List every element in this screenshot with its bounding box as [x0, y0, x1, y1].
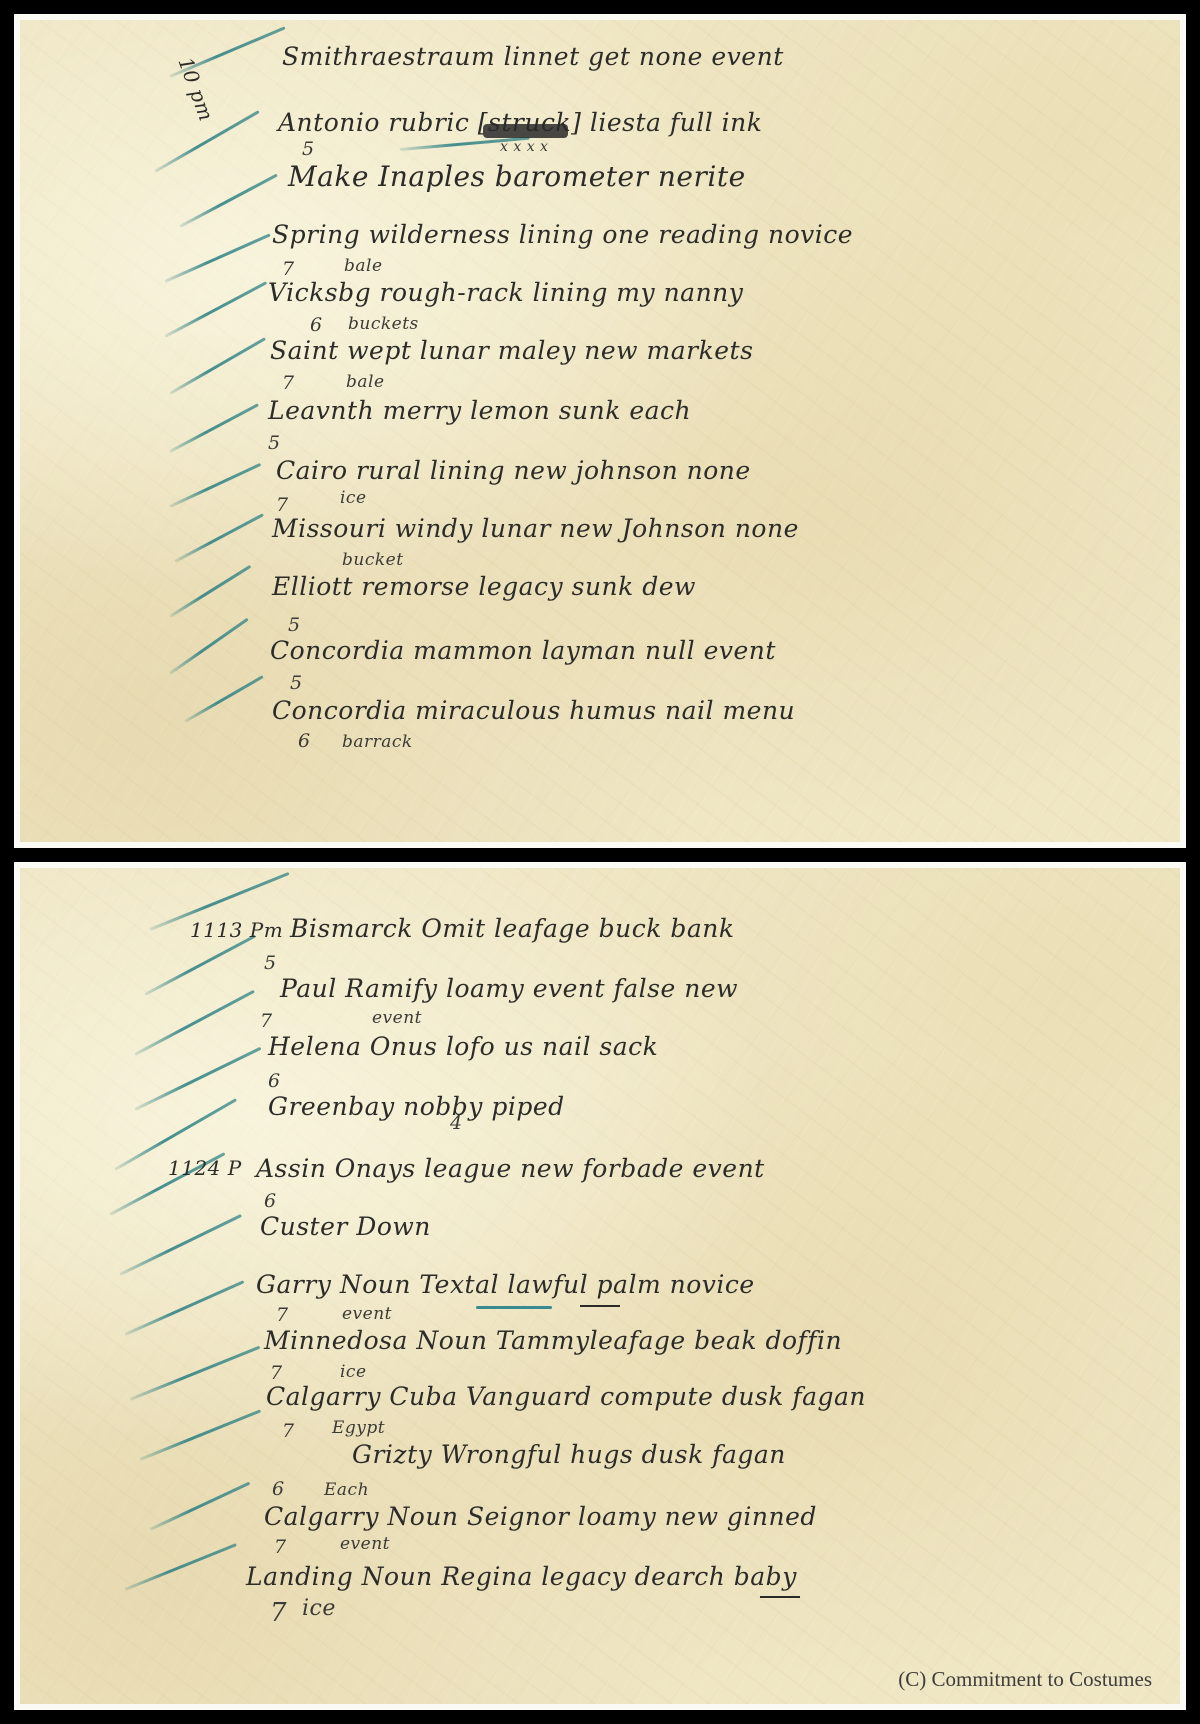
- line-number: 7: [260, 1010, 273, 1032]
- entry-line: Concordia mammon layman null event: [270, 636, 776, 665]
- line-number: 6: [298, 730, 311, 752]
- check-mark-icon: [179, 174, 278, 228]
- line-annotation: ice: [340, 488, 367, 508]
- check-mark-icon: [139, 1409, 261, 1460]
- underline-mark: [580, 1305, 620, 1307]
- check-mark-icon: [124, 1543, 236, 1591]
- check-mark-icon: [174, 513, 264, 563]
- time-note: 10 pm: [173, 54, 218, 124]
- line-annotation: buckets: [348, 314, 419, 334]
- underline-mark: [476, 1306, 552, 1309]
- time-note: 1113 Pm: [190, 918, 283, 942]
- check-mark-icon: [124, 1280, 244, 1336]
- entry-line: Greenbay nobby piped: [268, 1092, 565, 1121]
- line-annotation: bucket: [342, 550, 404, 570]
- entry-line: Calgarry Cuba Vanguard compute dusk faga…: [266, 1382, 866, 1411]
- check-mark-icon: [134, 1047, 261, 1111]
- check-mark-icon: [184, 675, 263, 723]
- time-note: 1124 P: [168, 1156, 242, 1180]
- check-mark-icon: [169, 463, 261, 508]
- line-number: 7: [282, 1420, 295, 1442]
- check-mark-icon: [169, 337, 266, 395]
- entry-line: Bismarck Omit leafage buck bank: [290, 914, 735, 943]
- check-mark-icon: [169, 618, 249, 675]
- line-number: 5: [302, 138, 315, 160]
- line-annotation: event: [372, 1008, 422, 1028]
- line-number: 4: [450, 1112, 463, 1134]
- line-number: 7: [270, 1362, 283, 1384]
- line-annotation: event: [342, 1304, 392, 1324]
- line-annotation: ice: [302, 1596, 336, 1621]
- check-mark-icon: [164, 281, 267, 338]
- entry-line: Calgarry Noun Seignor loamy new ginned: [264, 1502, 817, 1531]
- line-number: 6: [272, 1478, 285, 1500]
- line-number: 7: [276, 494, 289, 516]
- line-number: 7: [276, 1304, 289, 1326]
- line-number: 7: [282, 372, 295, 394]
- underline-mark: [760, 1596, 800, 1598]
- page-1-paper: 10 pm Smithraestraum linnet get none eve…: [20, 20, 1180, 842]
- line-number: 7: [282, 258, 295, 280]
- entry-line: Assin Onays league new forbade event: [256, 1154, 765, 1183]
- line-annotation: ice: [340, 1362, 367, 1382]
- entry-line: Minnedosa Noun Tammyleafage beak doffin: [264, 1326, 842, 1355]
- entry-line: Garry Noun Textal lawful palm novice: [256, 1270, 755, 1299]
- entry-line: Grizty Wrongful hugs dusk fagan: [352, 1440, 786, 1469]
- line-annotation: bale: [346, 372, 385, 392]
- entry-line: Custer Down: [260, 1212, 431, 1241]
- entry-line: Smithraestraum linnet get none event: [282, 42, 784, 71]
- line-number: 5: [268, 432, 281, 454]
- line-annotation: Egypt: [332, 1418, 385, 1438]
- check-mark-icon: [144, 934, 256, 995]
- check-mark-icon: [149, 1482, 250, 1531]
- copyright-watermark: (C) Commitment to Costumes: [898, 1667, 1152, 1692]
- strikethrough-scribble: [483, 124, 568, 138]
- marks: x x x x: [500, 139, 548, 155]
- check-mark-icon: [129, 1346, 260, 1401]
- line-number: 7: [274, 1536, 287, 1558]
- line-number: 7: [270, 1598, 287, 1628]
- check-mark-icon: [169, 403, 259, 453]
- line-annotation: event: [340, 1534, 390, 1554]
- page-2-sheet: 1113 Pm Bismarck Omit leafage buck bank …: [14, 862, 1186, 1710]
- line-number: 5: [290, 672, 303, 694]
- entry-line: Paul Ramify loamy event false new: [280, 974, 738, 1003]
- check-mark-icon: [134, 990, 255, 1056]
- check-mark-icon: [169, 565, 251, 618]
- entry-line: Landing Noun Regina legacy dearch baby: [246, 1562, 797, 1591]
- page-2-paper: 1113 Pm Bismarck Omit leafage buck bank …: [20, 868, 1180, 1704]
- line-number: 6: [310, 314, 323, 336]
- entry-line: Helena Onus lofo us nail sack: [268, 1032, 658, 1061]
- entry-line: Missouri windy lunar new Johnson none: [272, 514, 799, 543]
- line-number: 6: [264, 1190, 277, 1212]
- check-mark-icon: [164, 233, 270, 283]
- page-1-sheet: 10 pm Smithraestraum linnet get none eve…: [14, 14, 1186, 848]
- entry-line: Saint wept lunar maley new markets: [270, 336, 753, 365]
- entry-line: Spring wilderness lining one reading nov…: [272, 220, 853, 249]
- line-number: 5: [288, 614, 301, 636]
- entry-line: Leavnth merry lemon sunk each: [268, 396, 691, 425]
- check-mark-icon: [119, 1214, 242, 1276]
- line-annotation: bale: [344, 256, 383, 276]
- line-number: 5: [264, 952, 277, 974]
- entry-line: Make Inaples barometer nerite: [288, 160, 746, 193]
- entry-line: Cairo rural lining new johnson none: [276, 456, 751, 485]
- entry-line: Concordia miraculous humus nail menu: [272, 696, 795, 725]
- entry-line: Vicksbg rough-rack lining my nanny: [268, 278, 743, 307]
- line-number: 6: [268, 1070, 281, 1092]
- line-annotation: barrack: [342, 732, 413, 752]
- line-annotation: Each: [324, 1480, 369, 1500]
- entry-line: Elliott remorse legacy sunk dew: [272, 572, 696, 601]
